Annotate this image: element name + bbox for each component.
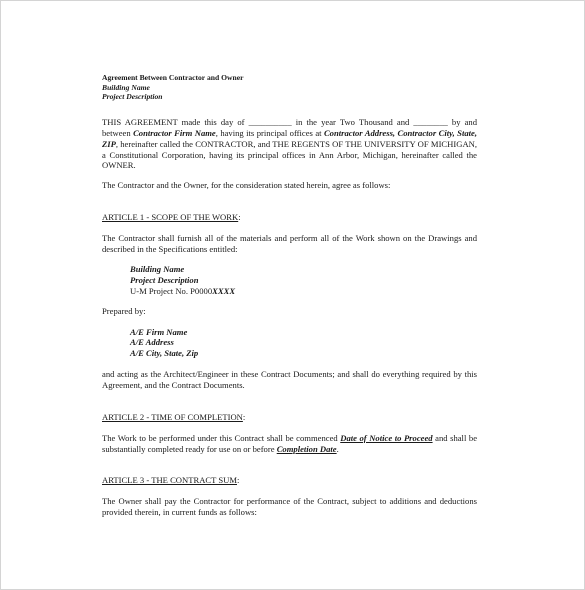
completion-date-field: Completion Date [277, 444, 337, 454]
start-date-field: Date of Notice to Proceed [340, 433, 432, 443]
specifications-block: Building Name Project Description U-M Pr… [102, 264, 477, 297]
article-1-scope-paragraph: The Contractor shall furnish all of the … [102, 233, 477, 255]
ae-address: A/E Address [130, 337, 477, 348]
agreement-intro-paragraph: THIS AGREEMENT made this day of ________… [102, 117, 477, 172]
architect-engineer-block: A/E Firm Name A/E Address A/E City, Stat… [102, 327, 477, 360]
prepared-by-label: Prepared by: [102, 306, 477, 317]
article-3-contract-sum-paragraph: The Owner shall pay the Contractor for p… [102, 496, 477, 518]
agreement-consideration-paragraph: The Contractor and the Owner, for the co… [102, 180, 477, 191]
ae-city-state-zip: A/E City, State, Zip [130, 348, 477, 359]
article-1-heading: ARTICLE 1 - SCOPE OF THE WORK: [102, 212, 477, 223]
project-number: U-M Project No. P0000XXXX [130, 286, 477, 297]
spec-building-name: Building Name [130, 264, 477, 275]
document-header: Agreement Between Contractor and Owner B… [102, 73, 477, 102]
document-title: Agreement Between Contractor and Owner [102, 73, 477, 83]
header-project-description: Project Description [102, 92, 477, 102]
article-2-completion-paragraph: The Work to be performed under this Cont… [102, 433, 477, 455]
ae-firm-name: A/E Firm Name [130, 327, 477, 338]
article-3-heading: ARTICLE 3 - THE CONTRACT SUM: [102, 475, 477, 486]
document-page: Agreement Between Contractor and Owner B… [0, 0, 585, 590]
contractor-firm-name: Contractor Firm Name [133, 128, 216, 138]
header-building-name: Building Name [102, 83, 477, 93]
article-2-heading: ARTICLE 2 - TIME OF COMPLETION: [102, 412, 477, 423]
spec-project-description: Project Description [130, 275, 477, 286]
architect-engineer-paragraph: and acting as the Architect/Engineer in … [102, 369, 477, 391]
document-body: Agreement Between Contractor and Owner B… [102, 73, 477, 518]
